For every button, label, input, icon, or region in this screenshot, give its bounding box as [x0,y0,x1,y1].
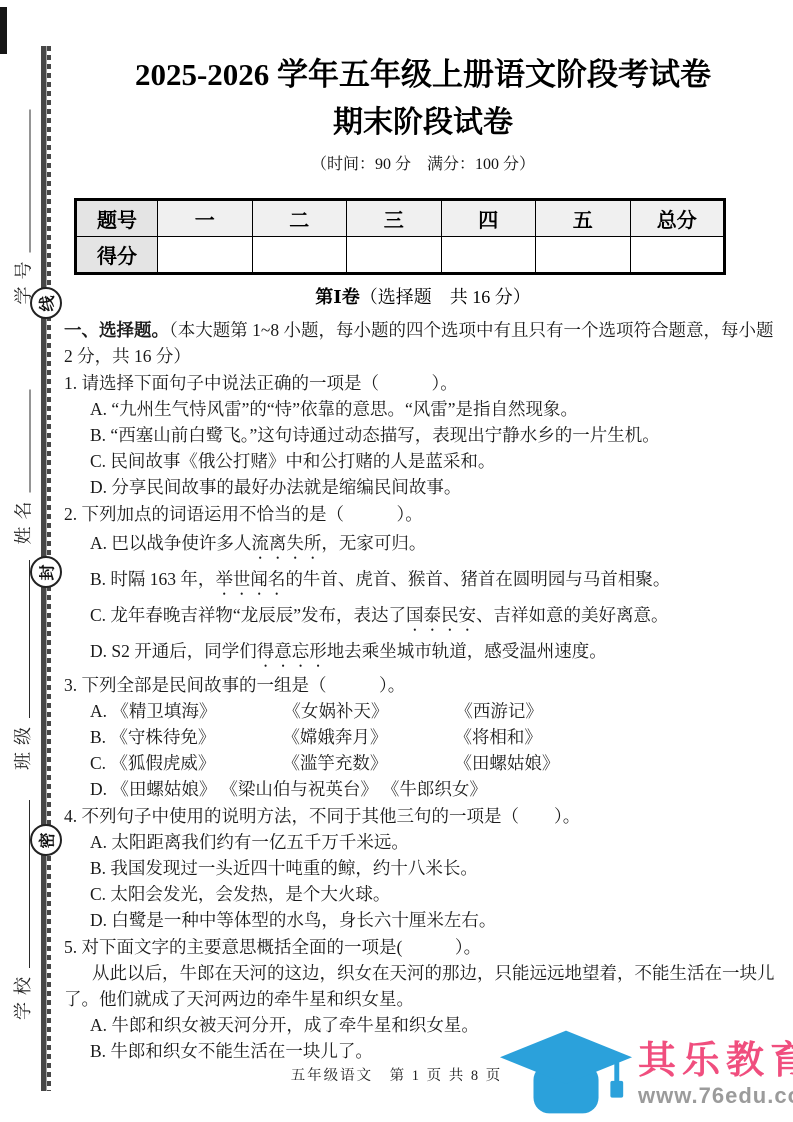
volume-heading: 第Ⅰ卷（选择题 共 16 分） [64,283,782,311]
option-text: 、吉祥如意的美好离意。 [476,605,669,625]
score-blank-cell [536,237,631,274]
option-text: ，无家可归。 [321,533,426,553]
book-title: 《将相和》 [454,724,626,750]
question-2: 2. 下列加点的词语运用不恰当的是（ ）。 A. 巴以战争使许多人流离失所，无家… [64,501,782,671]
question-1: 1. 请选择下面句子中说法正确的一项是（ ）。 A. “九州生气恃风雷”的“恃”… [64,370,782,500]
seal-label-name: 姓名 [10,390,36,545]
emphasized-idiom: 举世闻名 [215,569,285,589]
option-label: B. [90,727,110,747]
part1-heading-bold: 一、选择题。 [64,320,169,340]
seal-circle-char: 线 [34,295,57,311]
volume-heading-rest: （选择题 共 16 分） [360,287,531,307]
book-title: 《梁山伯与祝英台》 [220,776,378,802]
question-content: 一、选择题。（本大题第 1~8 小题，每小题的四个选项中有且只有一个选项符合题意… [64,317,782,1064]
option-text: 地去乘坐城市轨道，感受温州速度。 [327,641,607,661]
main-column: 2025-2026 学年五年级上册语文阶段考试卷 期末阶段试卷 （时间：90 分… [64,52,782,1064]
score-table-score-row: 得分 [76,237,725,274]
seal-label-text: 班级 [9,720,35,770]
score-blank-cell [630,237,725,274]
book-title: 《滥竽充数》 [282,750,454,776]
emphasized-idiom: 流离失所 [251,533,321,553]
seal-label-student-number: 学号 [10,110,36,305]
option-b: B. 《守株待免》《嫦娥奔月》《将相和》 [64,724,782,750]
graduation-cap-icon [498,1028,636,1120]
question-stem: 3. 下列全部是民间故事的一组是（ ）。 [64,672,782,698]
brand-name: 其乐教育 [638,1039,793,1083]
watermark-text: 其乐教育 www.76edu.com [638,1039,793,1109]
score-header-cell: 五 [536,200,631,237]
emphasized-idiom: 得意忘形 [257,641,327,661]
option-d: D. S2 开通后，同学们得意忘形地去乘坐城市轨道，感受温州速度。 [64,635,782,671]
option-c: C. 《狐假虎威》《滥竽充数》《田螺姑娘》 [64,750,782,776]
option-text: 的牛首、虎首、猴首、猪首在圆明园与马首相聚。 [285,569,670,589]
exam-subtitle: 期末阶段试卷 [64,100,782,146]
option-c: C. 太阳会发光，会发热，是个大火球。 [64,881,782,907]
option-label: D. [90,779,111,799]
seal-circle-char: 封 [34,564,57,580]
book-title: 《守株待免》 [110,724,282,750]
score-header-cell: 总分 [630,200,725,237]
option-text: C. 龙年春晚吉祥物“龙辰辰”发布，表达了 [90,605,406,625]
option-b: B. 我国发现过一头近四十吨重的鲸，约十八米长。 [64,855,782,881]
option-a: A. 太阳距离我们约有一亿五千万千米远。 [64,829,782,855]
option-c: C. 民间故事《俄公打赌》中和公打赌的人是蓝采和。 [64,448,782,474]
option-label: C. [90,753,110,773]
score-header-cell: 二 [252,200,347,237]
part1-heading-rest: （本大题第 1~8 小题，每小题的四个选项中有且只有一个选项符合题意，每小题 2… [64,320,773,366]
emphasized-idiom: 国泰民安 [406,605,476,625]
exam-title: 2025-2026 学年五年级上册语文阶段考试卷 [64,52,782,98]
score-header-cell: 三 [347,200,442,237]
question-stem: 2. 下列加点的词语运用不恰当的是（ ）。 [64,501,782,527]
option-label: A. [90,701,111,721]
option-a: A. “九州生气恃风雷”的“恃”依靠的意思。“风雷”是指自然现象。 [64,396,782,422]
question-stem: 1. 请选择下面句子中说法正确的一项是（ ）。 [64,370,782,396]
question-stem: 4. 不列句子中使用的说明方法，不同于其他三句的一项是（ ）。 [64,803,782,829]
score-header-cell: 一 [158,200,253,237]
book-title: 《狐假虎威》 [110,750,282,776]
seal-circle-xian: 线 [30,287,62,319]
seal-circle-char: 密 [34,832,57,848]
seal-label-text: 姓名 [10,495,36,545]
option-text: A. 巴以战争使许多人 [90,533,251,553]
registration-mark [0,7,7,54]
option-b: B. 时隔 163 年，举世闻名的牛首、虎首、猴首、猪首在圆明园与马首相聚。 [64,563,782,599]
seal-fill-line [14,560,30,718]
question-stem: 5. 对下面文字的主要意思概括全面的一项是( ）。 [64,934,782,960]
reading-passage: 从此以后，牛郎在天河的这边，织女在天河的那边，只能远远地望着，不能生活在一块儿了… [64,960,782,1012]
option-text: D. S2 开通后，同学们 [90,641,257,661]
volume-heading-bold: 第Ⅰ卷 [315,287,359,307]
option-d: D. 《田螺姑娘》《梁山伯与祝英台》《牛郎织女》 [64,776,782,802]
option-b: B. “西塞山前白鹭飞。”这句诗通过动态描写，表现出宁静水乡的一片生机。 [64,422,782,448]
score-blank-cell [158,237,253,274]
seal-fill-line [15,390,31,493]
option-c: C. 龙年春晚吉祥物“龙辰辰”发布，表达了国泰民安、吉祥如意的美好离意。 [64,599,782,635]
book-title: 《西游记》 [455,698,627,724]
seal-circle-feng: 封 [30,556,62,588]
publisher-watermark: 其乐教育 www.76edu.com [498,1028,793,1120]
score-blank-cell [347,237,442,274]
exam-page: 学号 姓名 班级 学校 线 封 密 2025-2026 学年五年级上册语文阶段考… [0,0,793,1122]
book-title: 《嫦娥奔月》 [282,724,454,750]
seal-label-class: 班级 [9,560,35,770]
book-title: 《女娲补天》 [283,698,455,724]
book-title: 《牛郎织女》 [382,776,487,802]
seal-circle-mi: 密 [30,824,62,856]
question-3: 3. 下列全部是民间故事的一组是（ ）。 A. 《精卫填海》《女娲补天》《西游记… [64,672,782,802]
seal-label-text: 学校 [9,970,35,1020]
score-row-label: 得分 [76,237,158,274]
book-title: 《田螺姑娘》 [111,776,216,802]
seal-fill-line [15,110,31,253]
book-title: 《精卫填海》 [111,698,283,724]
score-blank-cell [441,237,536,274]
brand-url: www.76edu.com [638,1083,793,1109]
score-table-header-row: 题号 一 二 三 四 五 总分 [76,200,725,237]
score-header-cell: 题号 [76,200,158,237]
book-title: 《田螺姑娘》 [454,750,626,776]
question-4: 4. 不列句子中使用的说明方法，不同于其他三句的一项是（ ）。 A. 太阳距离我… [64,803,782,933]
option-d: D. 白鹭是一种中等体型的水鸟，身长六十厘米左右。 [64,907,782,933]
option-a: A. 巴以战争使许多人流离失所，无家可归。 [64,527,782,563]
score-blank-cell [252,237,347,274]
option-a: A. 《精卫填海》《女娲补天》《西游记》 [64,698,782,724]
score-table: 题号 一 二 三 四 五 总分 得分 [74,198,726,275]
score-header-cell: 四 [441,200,536,237]
exam-time-score-info: （时间：90 分 满分：100 分） [64,152,782,178]
option-d: D. 分享民间故事的最好办法就是缩编民间故事。 [64,474,782,500]
part1-heading: 一、选择题。（本大题第 1~8 小题，每小题的四个选项中有且只有一个选项符合题意… [64,317,782,369]
seal-fill-line [14,800,30,968]
option-text: B. 时隔 163 年， [90,569,215,589]
